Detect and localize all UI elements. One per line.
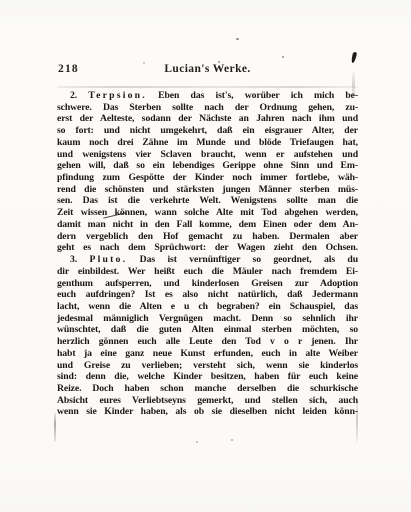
text-line: wünschtet, daß die guten Alten einmal st… [57,324,358,336]
text-line: lacht, wenn die Alten e u ch begraben? e… [57,301,358,313]
text-line: Zeit wissen können, wann solche Alte mit… [57,207,358,219]
text-line: 3. Pluto. Das ist vernünftiger so geordn… [57,254,358,266]
scan-speck [282,56,284,58]
text-line: gehen will, daß so ein lebendiges Geripp… [57,160,358,172]
speaker-name: Terpsion. [88,90,146,101]
scan-speck [196,441,198,443]
text-line: schwere. Das Sterben sollte nach der Ord… [57,102,358,114]
text-line: 2. Terpsion. Eben das ist's, worüber ich… [57,90,358,102]
text-line: Reize. Doch haben schon manche derselben… [57,383,358,395]
running-head: 218 Lucian's Werke. [57,63,358,77]
text-line: pfindung zum Gespötte der Kinder noch im… [57,172,358,184]
text-line: rend die schönsten und stärksten jungen … [57,184,358,196]
text-line: und wenigstens vier Sclaven braucht, wen… [57,149,358,161]
text-line: geht es nach dem Sprüchwort: der Wagen z… [57,242,358,254]
speaker-name: Pluto. [90,254,128,265]
text-line: euch aufdringen? Ist es also nicht natür… [57,289,358,301]
text-block: 2. Terpsion. Eben das ist's, worüber ich… [57,90,358,418]
line-text: Das ist vernünftiger so geordnet, als du [127,254,358,265]
text-line: sen. Das ist die verkehrte Welt. Wenigst… [57,195,358,207]
scanned-page: 218 Lucian's Werke. 2. Terpsion. Eben da… [0,0,411,512]
line-text: Eben das ist's, worüber ich mich be- [147,90,358,101]
scan-artifact-line-left [54,412,56,442]
text-line: jedesmal männiglich Vergnügen macht. Den… [57,313,358,325]
text-line: wenn sie Kinder haben, als ob sie diesel… [57,406,358,418]
text-line: und Greise zu verlieben; versteht sich, … [57,360,358,372]
header-rule [57,86,358,88]
text-line: erst der Aelteste, sodann der Nächste an… [57,113,358,125]
text-line: damit man nicht in den Fall komme, dem E… [57,219,358,231]
text-line: genthum aufsperren, und kinderlosen Grei… [57,278,358,290]
scan-speck [231,439,233,441]
text-line: dir einbildest. Wer heißt euch die Mäule… [57,266,358,278]
text-line: kaum noch drei Zähne im Munde und blöde … [57,137,358,149]
text-line: so fort: und nicht umgekehrt, daß ein ei… [57,125,358,137]
text-line: dern vergeblich den Hof gemacht zu haben… [57,231,358,243]
scan-artifact-ink-mark [351,52,357,64]
scan-speck [236,38,239,40]
text-line: habt ja eine ganz neue Kunst erfunden, e… [57,348,358,360]
paragraph-number: 2. [70,90,88,101]
running-title: Lucian's Werke. [57,63,358,75]
text-line: Absicht eures Verliebtseyns gemerkt, und… [57,395,358,407]
text-line: herzlich gönnen euch alle Leute den Tod … [57,336,358,348]
text-line: sind: denn die, welche Kinder besitzen, … [57,371,358,383]
paragraph-number: 3. [70,254,90,265]
